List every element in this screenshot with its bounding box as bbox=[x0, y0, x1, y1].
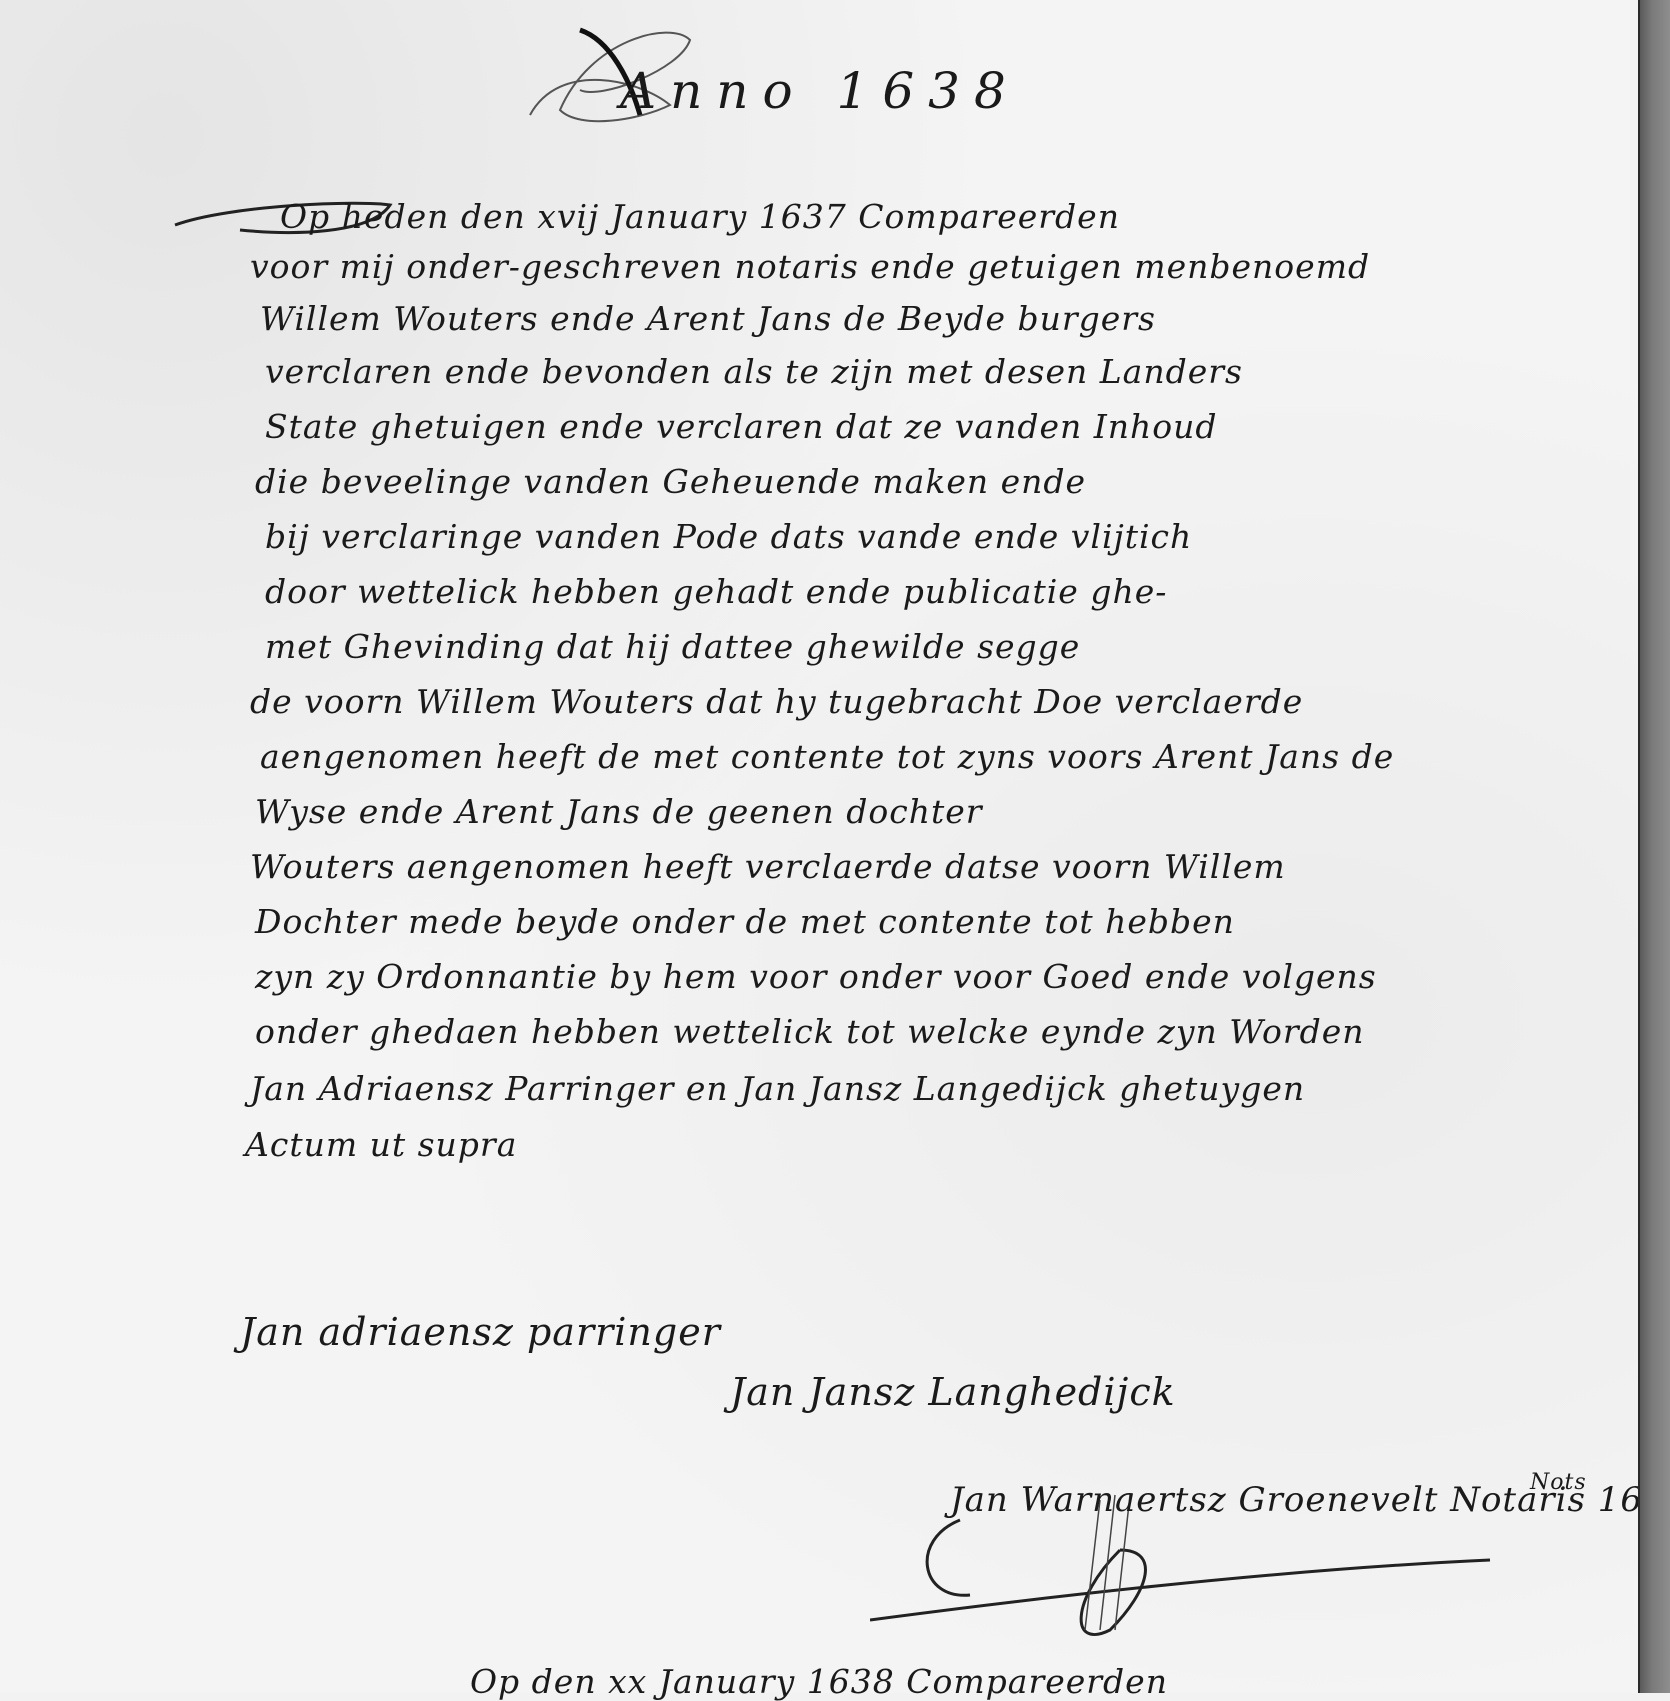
next-entry-fragment: Op den xx January 1638 Compareerden bbox=[470, 1665, 1168, 1693]
body-line-18: Actum ut supra bbox=[245, 1128, 517, 1161]
body-line-6: die beveelinge vanden Geheuende maken en… bbox=[255, 465, 1086, 498]
body-line-5: State ghetuigen ende verclaren dat ze va… bbox=[265, 410, 1218, 443]
document-heading: Anno 1638 bbox=[620, 62, 1020, 120]
body-line-1: Op heden den xvij January 1637 Compareer… bbox=[280, 200, 1120, 233]
body-line-10: de voorn Willem Wouters dat hy tugebrach… bbox=[250, 685, 1303, 718]
signature-jan-adriaensz: Jan adriaensz parringer bbox=[240, 1310, 721, 1354]
body-line-17: Jan Adriaensz Parringer en Jan Jansz Lan… bbox=[250, 1072, 1305, 1105]
body-line-12: Wyse ende Arent Jans de geenen dochter bbox=[255, 795, 983, 828]
body-line-13: Wouters aengenomen heeft verclaerde dats… bbox=[250, 850, 1286, 883]
body-line-15: zyn zy Ordonnantie by hem voor onder voo… bbox=[255, 960, 1377, 993]
body-line-8: door wettelick hebben gehadt ende public… bbox=[265, 575, 1167, 608]
manuscript-page: Anno 1638 Op heden den xvij January 1637… bbox=[0, 0, 1640, 1693]
page-binding-edge bbox=[1638, 0, 1670, 1693]
signature-jan-jansz: Jan Jansz Langhedijck bbox=[730, 1370, 1176, 1414]
notary-mark: Nots bbox=[1530, 1470, 1587, 1495]
body-line-3: Willem Wouters ende Arent Jans de Beyde … bbox=[260, 302, 1156, 335]
body-line-9: met Ghevinding dat hij dattee ghewilde s… bbox=[265, 630, 1080, 663]
body-line-16: onder ghedaen hebben wettelick tot welck… bbox=[255, 1015, 1365, 1048]
body-line-2: voor mij onder-geschreven notaris ende g… bbox=[250, 250, 1370, 283]
body-line-4: verclaren ende bevonden als te zijn met … bbox=[265, 355, 1243, 388]
body-line-14: Dochter mede beyde onder de met contente… bbox=[255, 905, 1235, 938]
body-line-11: aengenomen heeft de met contente tot zyn… bbox=[260, 740, 1394, 773]
body-line-7: bij verclaringe vanden Pode dats vande e… bbox=[265, 520, 1192, 553]
